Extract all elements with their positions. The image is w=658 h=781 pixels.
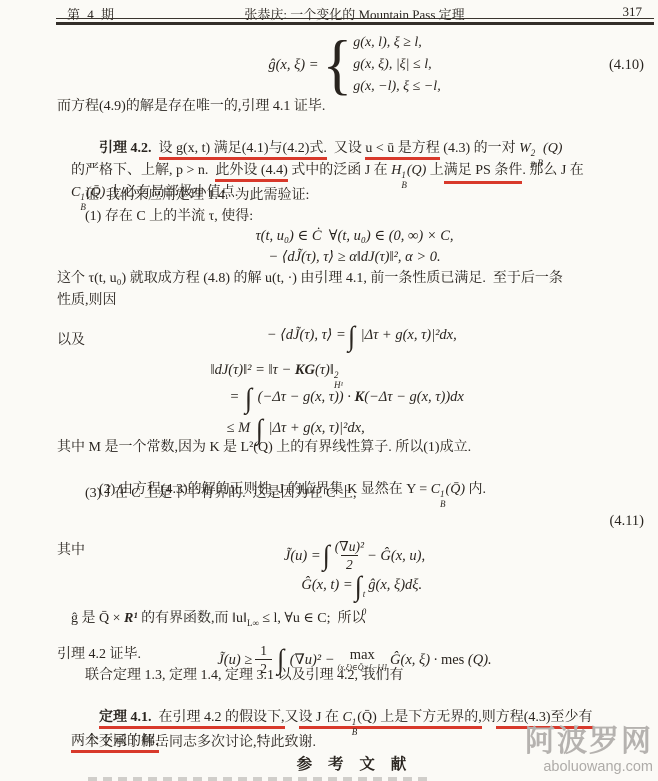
cut-off-reference-line: [88, 777, 428, 781]
display-eq-lower-bound: J̃(u) ≥ 12 ∫ (∇u)² − max(x,ξ)∈Q̄×[−l,l] …: [57, 606, 652, 646]
cases-brace: {: [323, 34, 353, 97]
paragraph-tau-1: 这个 τ(t, u₀) 就取成方程 (4.8) 的解 u(t, ·) 由引理 4…: [57, 269, 652, 289]
watermark: 阿波罗网 aboluowang.com: [525, 727, 653, 775]
math-run: ≤ M: [227, 420, 254, 436]
eq410-case-3: g(x, −l), ξ ≤ −l,: [353, 76, 440, 98]
eq411-tag: (4.11): [610, 513, 645, 530]
display-eq-semiflow: τ(t, u₀) ∈ Ċ ∀(t, u₀) ∈ (0, ∞) × C,: [57, 226, 652, 246]
eq410-case-1: g(x, l), ξ ≥ l,: [353, 32, 440, 54]
item-3: (3) J̃ 在 C 上是下半有界的. 这是因为在 C 上,: [57, 484, 652, 504]
equation-4-10: ĝ(x, ξ) = { g(x, l), ξ ≥ l, g(x, ξ), |ξ|…: [57, 30, 652, 100]
paragraph-constant-M: 其中 M 是一个常数,因为 K 是 L²(Q) 上的有界线性算子. 所以(1)成…: [57, 438, 652, 458]
paragraph-joint-theorems: 联合定理 1.3, 定理 1.4, 定理 3.1 以及引理 4.2, 我们有: [57, 666, 652, 686]
connector-yiji: 以及: [57, 331, 652, 351]
item-1: (1) 存在 C 上的半流 τ, 使得:: [57, 207, 652, 227]
eq410-lhs: ĝ(x, ξ) =: [268, 57, 318, 74]
paragraph-tau-2: 性质,则因: [57, 291, 652, 311]
equation-4-11: J̃(u) = ∫ (∇u)²2 − Ĝ(x, u), (4.11): [57, 503, 652, 541]
proof-intro: 证. 我们来应用定理 1.4. 为此需验证:: [57, 186, 652, 206]
eq410-cases: g(x, l), ξ ≥ l, g(x, ξ), |ξ| ≤ l, g(x, −…: [353, 32, 440, 98]
paragraph-uniqueness: 而方程(4.9)的解是存在唯一的,引理 4.1 证毕.: [57, 97, 652, 117]
math-run: |Δτ + g(x, τ)|²dx,: [265, 420, 365, 436]
eq410-case-2: g(x, ξ), |ξ| ≤ l,: [353, 54, 440, 76]
connector-qizhong: 其中: [57, 541, 652, 561]
watermark-chinese: 阿波罗网: [525, 727, 653, 757]
math-run: (−Δτ − g(x, τ))dx: [364, 389, 464, 405]
page-header: 第 4 期 张恭庆: 一个变化的 Mountain Pass 定理 317: [57, 4, 652, 19]
eq410-tag: (4.10): [609, 57, 644, 74]
journal-page-scan: 第 4 期 张恭庆: 一个变化的 Mountain Pass 定理 317 ĝ(…: [0, 0, 658, 781]
lemma-4-2-qed: 引理 4.2 证毕.: [57, 645, 652, 665]
header-double-rule: [56, 18, 654, 25]
watermark-url: aboluowang.com: [525, 760, 653, 775]
display-eq-alpha: − ⟨dJ̃(τ), τ̇⟩ ≥ α‖dJ(τ)‖², α > 0.: [57, 247, 652, 267]
